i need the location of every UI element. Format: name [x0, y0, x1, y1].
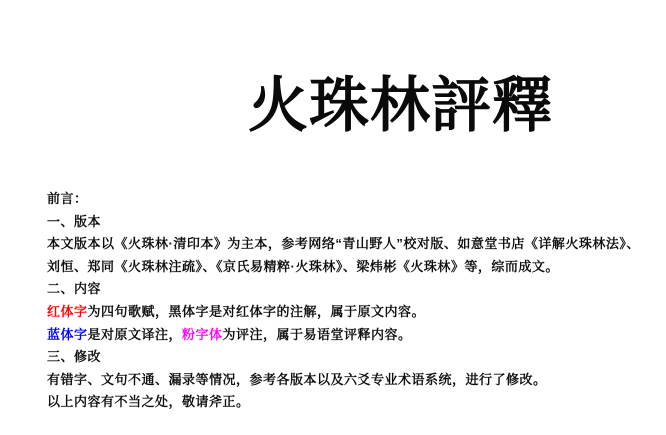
section-heading-content: 二、内容	[47, 278, 647, 301]
paragraph-line: 以上内容有不当之处，敬请斧正。	[47, 391, 647, 414]
paragraph-line: 红体字为四句歌赋，黑体字是对红体字的注解，属于原文内容。	[47, 301, 647, 324]
document-page: 火珠林評釋 前言： 一、版本 本文版本以《火珠林·清印本》为主本，参考网络“青山…	[0, 0, 666, 435]
text-run: 为四句歌赋，黑体字是对红体字的注解，属于原文内容。	[88, 304, 426, 319]
text-run: 为评注，属于易语堂评释内容。	[223, 327, 412, 342]
text-run: 二、内容	[47, 281, 101, 296]
red-text-label: 红体字	[47, 304, 88, 319]
paragraph-line: 有错字、文句不通、漏录等情况，参考各版本以及六爻专业术语系统，进行了修改。	[47, 369, 647, 392]
text-run: 一、版本	[47, 214, 101, 229]
blue-text-label: 蓝体字	[47, 327, 88, 342]
text-run: 有错字、文句不通、漏录等情况，参考各版本以及六爻专业术语系统，进行了修改。	[47, 372, 547, 387]
paragraph-line: 蓝体字是对原文译注，粉字体为评注，属于易语堂评释内容。	[47, 324, 647, 347]
section-heading-revision: 三、修改	[47, 346, 647, 369]
text-run: 本文版本以《火珠林·清印本》为主本，参考网络“青山野人”校对版、如意堂书店《详解…	[47, 236, 640, 251]
preface-section: 前言： 一、版本 本文版本以《火珠林·清印本》为主本，参考网络“青山野人”校对版…	[47, 188, 647, 414]
text-run: 三、修改	[47, 349, 101, 364]
text-run: 以上内容有不当之处，敬请斧正。	[47, 394, 250, 409]
preface-heading: 前言：	[47, 188, 647, 211]
document-title: 火珠林評釋	[248, 76, 553, 136]
pink-text-label: 粉字体	[182, 327, 223, 342]
text-run: 刘恒、郑同《火珠林注疏》、《京氏易精粹·火珠林》、梁炜彬《火珠林》等，综而成文。	[47, 259, 559, 274]
paragraph-line: 刘恒、郑同《火珠林注疏》、《京氏易精粹·火珠林》、梁炜彬《火珠林》等，综而成文。	[47, 256, 647, 279]
paragraph-line: 本文版本以《火珠林·清印本》为主本，参考网络“青山野人”校对版、如意堂书店《详解…	[47, 233, 647, 256]
text-run: 是对原文译注，	[88, 327, 183, 342]
section-heading-version: 一、版本	[47, 211, 647, 234]
text-run: 前言：	[47, 191, 88, 206]
